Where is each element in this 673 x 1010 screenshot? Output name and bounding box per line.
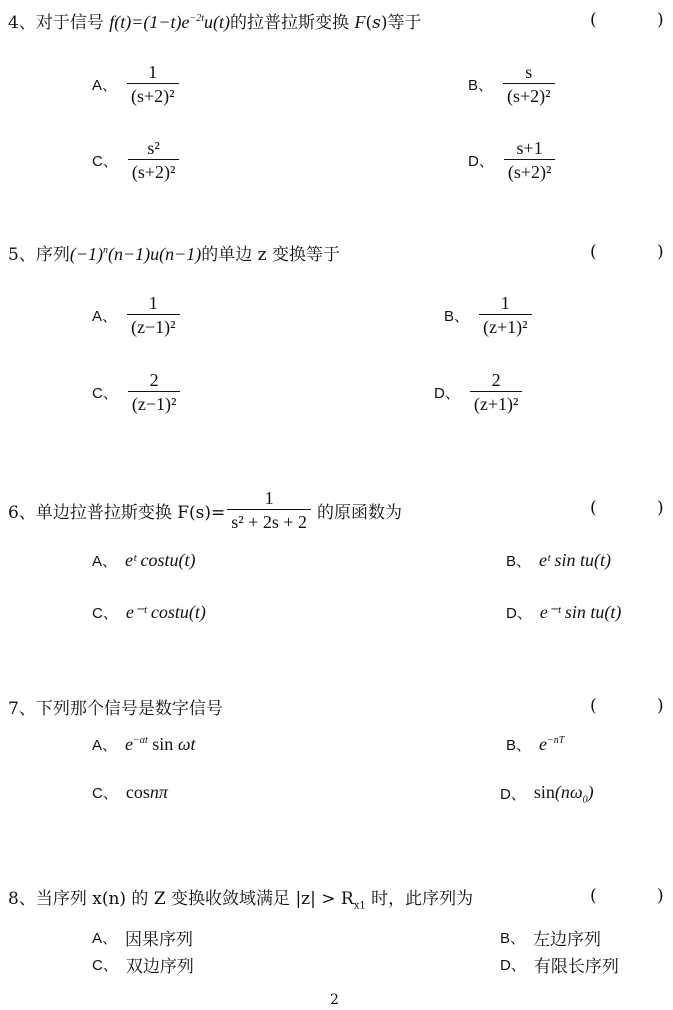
question-5-stem: 5、序列(−1)n(n−1)u(n−1)的单边 z 变换等于 [8,240,340,265]
q6-option-a[interactable]: A、 eᵗ costu(t) [92,550,196,571]
denominator: (z−1)² [127,314,180,338]
option-label: C、 [92,782,118,803]
option-label: B、 [506,550,531,571]
subscript: x1 [354,900,366,911]
option-expression: eᵗ sin tu(t) [539,550,611,571]
option-expression: sin(nω0) [534,782,594,806]
option-expression: e−nT [539,734,564,755]
question-4-stem: 4、对于信号 f(t)=(1−t)e−2tu(t)的拉普拉斯变换 F(s)等于 [8,8,421,33]
q7-option-a[interactable]: A、 e−αt sin ωt [92,734,196,755]
option-text: 左边序列 [533,925,601,950]
question-6-stem: 6、单边拉普拉斯变换 F(s)= 1s² + 2s + 2 的原函数为 [8,488,402,533]
question-7-stem: 7、下列那个信号是数字信号 [8,694,223,719]
denominator: (s+2)² [127,83,179,107]
fraction: 1(z+1)² [479,293,532,338]
fraction: 1(s+2)² [127,62,179,107]
q5-option-c[interactable]: C、 2(z−1)² [92,370,182,415]
numerator: 2 [146,370,163,391]
option-label: B、 [506,734,531,755]
option-label: B、 [500,927,525,948]
question-text: 下列那个信号是数字信号 [36,699,223,719]
q7-option-c[interactable]: C、 cosnπ [92,782,168,803]
option-label: A、 [92,734,117,755]
question-text: 的原函数为 [317,498,402,523]
numerator: 2 [488,370,505,391]
fraction: 1s² + 2s + 2 [227,488,311,533]
option-label: C、 [92,382,118,403]
question-text: 单边拉普拉斯变换 F(s)= [36,498,225,523]
option-label: C、 [92,602,118,623]
option-expression: cosnπ [126,782,168,803]
q5-option-b[interactable]: B、 1(z+1)² [444,293,534,338]
question-number: 6、 [8,498,36,523]
q6-option-d[interactable]: D、 e⁻ᵗ sin tu(t) [506,602,621,623]
numerator: 1 [144,62,161,83]
option-expression: eᵗ costu(t) [125,550,196,571]
q8-option-d[interactable]: D、 有限长序列 [500,952,619,977]
option-text: 因果序列 [125,925,193,950]
denominator: (s+2)² [503,83,555,107]
q8-option-b[interactable]: B、 左边序列 [500,925,601,950]
question-formula: (−1)n(n−1)u(n−1) [70,244,201,264]
answer-paren-right: ) [657,886,664,906]
option-label: A、 [92,927,117,948]
q4-option-a[interactable]: A、 1(s+2)² [92,62,181,107]
option-label: B、 [444,305,469,326]
option-label: A、 [92,74,117,95]
question-text: 的单边 z 变换等于 [201,245,340,265]
denominator: (z−1)² [128,391,181,415]
fraction: s(s+2)² [503,62,555,107]
option-label: C、 [92,954,118,975]
option-expression: e−αt sin ωt [125,734,196,755]
question-text: 当序列 x(n) 的 Z 变换收敛域满足 |z| > R [36,889,354,909]
q6-option-c[interactable]: C、 e⁻ᵗ costu(t) [92,602,206,623]
option-text: 有限长序列 [534,952,619,977]
question-number: 5、 [8,245,36,265]
option-label: D、 [500,954,526,975]
question-text: 序列 [36,245,70,265]
fraction: 2(z−1)² [128,370,181,415]
option-label: A、 [92,305,117,326]
denominator: (z+1)² [470,391,523,415]
q4-option-d[interactable]: D、 s+1(s+2)² [468,138,557,183]
numerator: s+1 [513,138,547,159]
option-label: D、 [434,382,460,403]
answer-paren-left: ( [590,242,597,262]
option-text: 双边序列 [126,952,194,977]
answer-paren-left: ( [590,696,597,716]
answer-paren-left: ( [590,10,597,30]
q8-option-a[interactable]: A、 因果序列 [92,925,193,950]
question-formula: f(t)=(1−t)e−2tu(t) [109,12,230,32]
option-expression: e⁻ᵗ costu(t) [126,602,206,623]
q5-option-a[interactable]: A、 1(z−1)² [92,293,182,338]
denominator: (s+2)² [504,159,556,183]
q4-option-b[interactable]: B、 s(s+2)² [468,62,557,107]
option-label: D、 [468,150,494,171]
denominator: s² + 2s + 2 [227,509,311,533]
fraction: s²(s+2)² [128,138,180,183]
numerator: 1 [261,488,278,509]
fraction: 2(z+1)² [470,370,523,415]
option-expression: e⁻ᵗ sin tu(t) [540,602,622,623]
fraction: 1(z−1)² [127,293,180,338]
answer-paren-right: ) [657,696,664,716]
option-label: B、 [468,74,493,95]
answer-paren-right: ) [657,498,664,518]
answer-paren-left: ( [590,498,597,518]
option-label: D、 [506,602,532,623]
q5-option-d[interactable]: D、 2(z+1)² [434,370,524,415]
option-label: C、 [92,150,118,171]
option-label: A、 [92,550,117,571]
page-number: 2 [330,992,339,1008]
question-number: 7、 [8,699,36,719]
question-8-stem: 8、当序列 x(n) 的 Z 变换收敛域满足 |z| > Rx1 时，此序列为 [8,884,473,911]
question-text: 时，此序列为 [366,889,473,909]
question-number: 4、 [8,13,36,33]
q7-option-b[interactable]: B、 e−nT [506,734,564,755]
q6-option-b[interactable]: B、 eᵗ sin tu(t) [506,550,611,571]
fraction: s+1(s+2)² [504,138,556,183]
denominator: (z+1)² [479,314,532,338]
answer-paren-right: ) [657,242,664,262]
numerator: s² [143,138,163,159]
q4-option-c[interactable]: C、 s²(s+2)² [92,138,181,183]
answer-paren-left: ( [590,886,597,906]
q7-option-d[interactable]: D、 sin(nω0) [500,782,594,806]
question-text: 的拉普拉斯变换 F(s)等于 [230,13,421,33]
q8-option-c[interactable]: C、 双边序列 [92,952,194,977]
numerator: 1 [497,293,514,314]
answer-paren-right: ) [657,10,664,30]
option-label: D、 [500,783,526,804]
question-number: 8、 [8,889,36,909]
numerator: s [521,62,536,83]
denominator: (s+2)² [128,159,180,183]
question-text: 对于信号 [36,13,109,33]
numerator: 1 [145,293,162,314]
